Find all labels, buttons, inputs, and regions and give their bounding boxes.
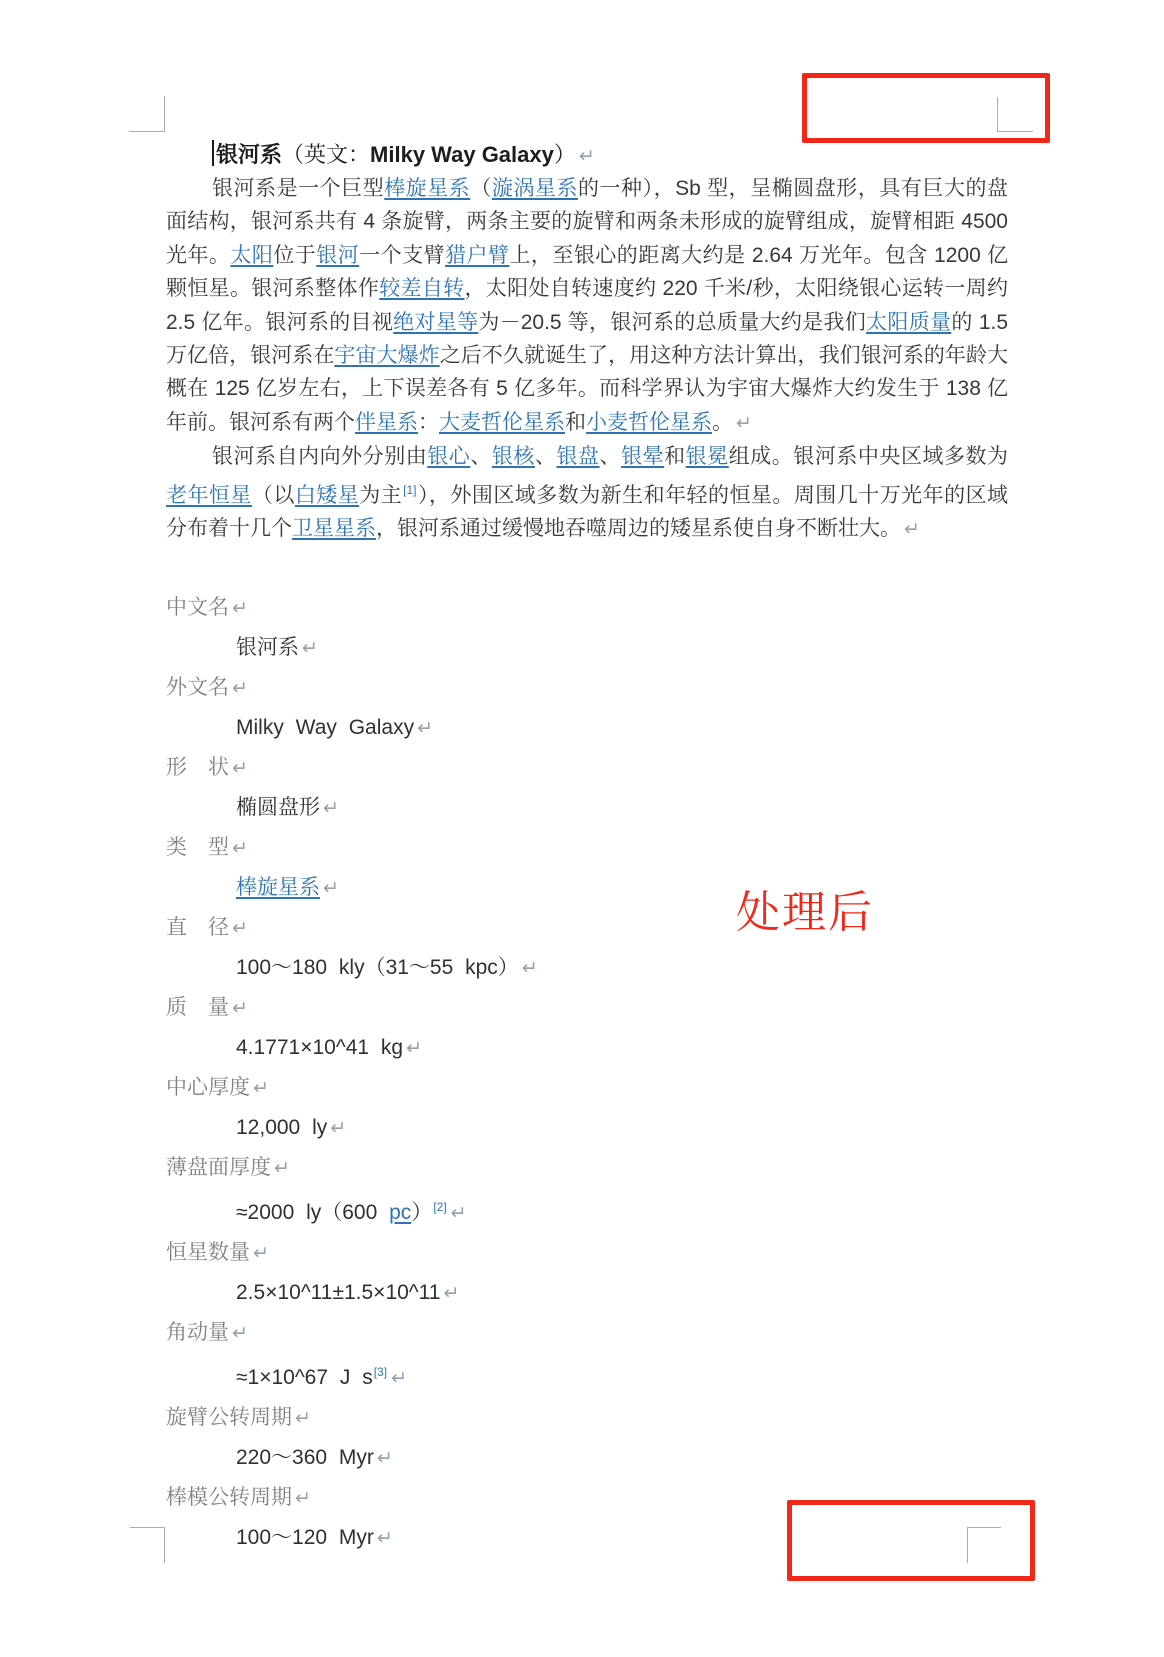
field-label-text: 形 状: [166, 756, 229, 779]
inline-link[interactable]: 棒旋星系: [236, 876, 320, 899]
field-label: 恒星数量↵: [166, 1233, 1008, 1273]
inline-link[interactable]: 老年恒星: [166, 484, 252, 507]
paragraph-mark: ↵: [904, 519, 920, 540]
text-cursor: [212, 140, 214, 166]
text-run: 。: [712, 411, 733, 434]
field-label: 直 径↵: [166, 908, 1008, 948]
field-value: 4.1771×10^41 kg↵: [236, 1028, 1008, 1068]
doc-title: 银河系（英文：Milky Way Galaxy）↵: [166, 139, 1008, 172]
inline-link[interactable]: 银核: [492, 445, 535, 468]
inline-link[interactable]: 较差自转: [379, 277, 464, 300]
paragraph-mark: ↵: [232, 598, 248, 619]
inline-link[interactable]: 伴星系: [355, 411, 418, 434]
margin-mark-bottom-left: [130, 1527, 165, 1563]
inline-link[interactable]: 卫星星系: [292, 517, 376, 540]
text-run: 和: [565, 411, 586, 434]
field-value: 12,000 ly↵: [236, 1108, 1008, 1148]
field-label: 质 量↵: [166, 988, 1008, 1028]
paragraph-mark: ↵: [417, 718, 433, 739]
field-label: 薄盘面厚度↵: [166, 1148, 1008, 1188]
inline-link[interactable]: 银河: [316, 244, 359, 267]
field-row: 类 型↵棒旋星系↵: [166, 828, 1008, 908]
citation-ref[interactable]: [3]: [374, 1365, 387, 1379]
field-label-text: 角动量: [166, 1321, 229, 1344]
inline-link[interactable]: 宇宙大爆炸: [334, 344, 439, 367]
paragraph-mark: ↵: [232, 678, 248, 699]
text-run: （以: [252, 484, 295, 507]
field-row: 直 径↵100～180 kly（31～55 kpc）↵: [166, 908, 1008, 988]
inline-link[interactable]: pc: [389, 1201, 411, 1224]
paragraph-mark: ↵: [274, 1158, 290, 1179]
field-row: 质 量↵4.1771×10^41 kg↵: [166, 988, 1008, 1068]
field-label: 中心厚度↵: [166, 1068, 1008, 1108]
paragraph-mark: ↵: [323, 798, 339, 819]
text-run: 100～120 Myr: [236, 1526, 374, 1549]
field-label: 旋臂公转周期↵: [166, 1398, 1008, 1438]
document-content: 银河系（英文：Milky Way Galaxy）↵ 银河系是一个巨型棒旋星系（漩…: [166, 139, 1008, 1558]
field-label: 棒模公转周期↵: [166, 1478, 1008, 1518]
inline-link[interactable]: 猎户臂: [445, 244, 509, 267]
field-label-text: 类 型: [166, 836, 229, 859]
text-run: ，银河系通过缓慢地吞噬周边的矮星系使自身不断壮大。: [376, 517, 901, 540]
paragraph-mark: ↵: [295, 1488, 311, 1509]
inline-link[interactable]: 漩涡星系: [492, 177, 578, 200]
paragraph-mark: ↵: [330, 1118, 346, 1139]
inline-link[interactable]: 银心: [427, 445, 470, 468]
field-label-text: 旋臂公转周期: [166, 1406, 292, 1429]
field-value: 椭圆盘形↵: [236, 788, 1008, 828]
text-run: 12,000 ly: [236, 1116, 327, 1139]
field-label: 外文名↵: [166, 668, 1008, 708]
field-value: 220～360 Myr↵: [236, 1438, 1008, 1478]
field-label-text: 外文名: [166, 676, 229, 699]
text-run: ≈1×10^67 J s: [236, 1366, 373, 1389]
infobox-fields: 中文名↵银河系↵外文名↵Milky Way Galaxy↵形 状↵椭圆盘形↵类 …: [166, 588, 1008, 1558]
text-run: （: [470, 177, 492, 200]
field-row: 旋臂公转周期↵220～360 Myr↵: [166, 1398, 1008, 1478]
field-row: 形 状↵椭圆盘形↵: [166, 748, 1008, 828]
paragraph-mark: ↵: [253, 1243, 269, 1264]
text-run: 银河系是一个巨型: [212, 177, 384, 200]
field-value: ≈2000 ly（600 pc）[2]↵: [236, 1188, 1008, 1233]
paragraph-mark: ↵: [302, 638, 318, 659]
text-run: ）: [554, 142, 576, 167]
paragraph-mark: ↵: [377, 1528, 393, 1549]
field-label-text: 薄盘面厚度: [166, 1156, 271, 1179]
paragraph-mark: ↵: [391, 1368, 407, 1389]
field-label-text: 中心厚度: [166, 1076, 250, 1099]
text-run: ：: [418, 411, 439, 434]
field-value: 100～180 kly（31～55 kpc）↵: [236, 948, 1008, 988]
paragraph-mark: ↵: [232, 838, 248, 859]
paragraph-mark: ↵: [406, 1038, 422, 1059]
field-row: 恒星数量↵2.5×10^11±1.5×10^11↵: [166, 1233, 1008, 1313]
paragraph-mark: ↵: [295, 1408, 311, 1429]
text-run: 为主: [359, 484, 402, 507]
inline-link[interactable]: 太阳质量: [866, 311, 951, 334]
field-value: ≈1×10^67 J s[3]↵: [236, 1353, 1008, 1398]
field-label-text: 直 径: [166, 916, 229, 939]
paragraph-mark: ↵: [253, 1078, 269, 1099]
text-run: 、: [470, 445, 492, 468]
text-run: 100～180 kly（31～55 kpc）: [236, 956, 519, 979]
text-run: （英文：: [282, 142, 370, 167]
field-label-text: 中文名: [166, 596, 229, 619]
text-run-bold: Milky Way Galaxy: [370, 142, 554, 167]
field-label: 中文名↵: [166, 588, 1008, 628]
field-value: 银河系↵: [236, 628, 1008, 668]
paragraph-mark: ↵: [232, 1323, 248, 1344]
paragraph-mark: ↵: [522, 958, 538, 979]
paragraph-mark: ↵: [232, 918, 248, 939]
inline-link[interactable]: 银晕: [621, 445, 664, 468]
text-run: ）: [411, 1201, 432, 1224]
field-label: 角动量↵: [166, 1313, 1008, 1353]
field-row: 外文名↵Milky Way Galaxy↵: [166, 668, 1008, 748]
field-row: 薄盘面厚度↵≈2000 ly（600 pc）[2]↵: [166, 1148, 1008, 1233]
document-page: { "colors": { "annotation_red": "#f12718…: [0, 0, 1164, 1657]
inline-link[interactable]: 棒旋星系: [384, 177, 470, 200]
paragraph-intro: 银河系是一个巨型棒旋星系（漩涡星系的一种），Sb 型，呈椭圆盘形，具有巨大的盘面…: [166, 172, 1008, 440]
text-run: 银河系: [236, 636, 299, 659]
inline-link[interactable]: 小麦哲伦星系: [586, 411, 712, 434]
paragraph-structure: 银河系自内向外分别由银心、银核、银盘、银晕和银冕组成。银河系中央区域多数为老年恒…: [166, 440, 1008, 546]
paragraph-mark: ↵: [736, 413, 752, 434]
inline-link[interactable]: 银冕: [686, 445, 729, 468]
field-label-text: 恒星数量: [166, 1241, 250, 1264]
field-label-text: 棒模公转周期: [166, 1486, 292, 1509]
text-run: 组成。银河系中央区域多数为: [729, 445, 1008, 468]
paragraph-mark: ↵: [579, 146, 595, 167]
field-value: 棒旋星系↵: [236, 868, 1008, 908]
margin-mark-top-left: [129, 96, 165, 132]
field-row: 角动量↵≈1×10^67 J s[3]↵: [166, 1313, 1008, 1398]
text-run: 位于: [273, 244, 316, 267]
citation-ref[interactable]: [1]: [403, 483, 416, 497]
paragraph-mark: ↵: [232, 998, 248, 1019]
text-run: 椭圆盘形: [236, 796, 320, 819]
annotation-box-top: [802, 73, 1050, 143]
text-run: 一个支臂: [359, 244, 445, 267]
paragraph-mark: ↵: [323, 878, 339, 899]
paragraph-mark: ↵: [451, 1203, 467, 1224]
inline-link[interactable]: 绝对星等: [393, 311, 478, 334]
field-value: 2.5×10^11±1.5×10^11↵: [236, 1273, 1008, 1313]
text-run-bold: 银河系: [216, 142, 282, 167]
text-run: ≈2000 ly（600: [236, 1201, 389, 1224]
text-run: 和: [664, 445, 686, 468]
text-run: 2.5×10^11±1.5×10^11: [236, 1281, 440, 1304]
inline-link[interactable]: 太阳: [230, 244, 273, 267]
field-row: 棒模公转周期↵100～120 Myr↵: [166, 1478, 1008, 1558]
inline-link[interactable]: 大麦哲伦星系: [439, 411, 565, 434]
text-run: 为－20.5 等，银河系的总质量大约是我们: [478, 311, 866, 334]
paragraph-mark: ↵: [443, 1283, 459, 1304]
field-value: 100～120 Myr↵: [236, 1518, 1008, 1558]
field-label: 类 型↵: [166, 828, 1008, 868]
text-run: 银河系自内向外分别由: [212, 445, 427, 468]
field-row: 中文名↵银河系↵: [166, 588, 1008, 668]
text-run: 220～360 Myr: [236, 1446, 374, 1469]
text-run: 、: [600, 445, 622, 468]
inline-link[interactable]: 白矮星: [295, 484, 359, 507]
inline-link[interactable]: 银盘: [556, 445, 599, 468]
text-run: Milky Way Galaxy: [236, 716, 414, 739]
text-run: 4.1771×10^41 kg: [236, 1036, 403, 1059]
field-row: 中心厚度↵12,000 ly↵: [166, 1068, 1008, 1148]
field-value: Milky Way Galaxy↵: [236, 708, 1008, 748]
citation-ref[interactable]: [2]: [433, 1200, 446, 1214]
field-label-text: 质 量: [166, 996, 229, 1019]
field-label: 形 状↵: [166, 748, 1008, 788]
paragraph-mark: ↵: [377, 1448, 393, 1469]
text-run: 、: [535, 445, 557, 468]
paragraph-mark: ↵: [232, 758, 248, 779]
